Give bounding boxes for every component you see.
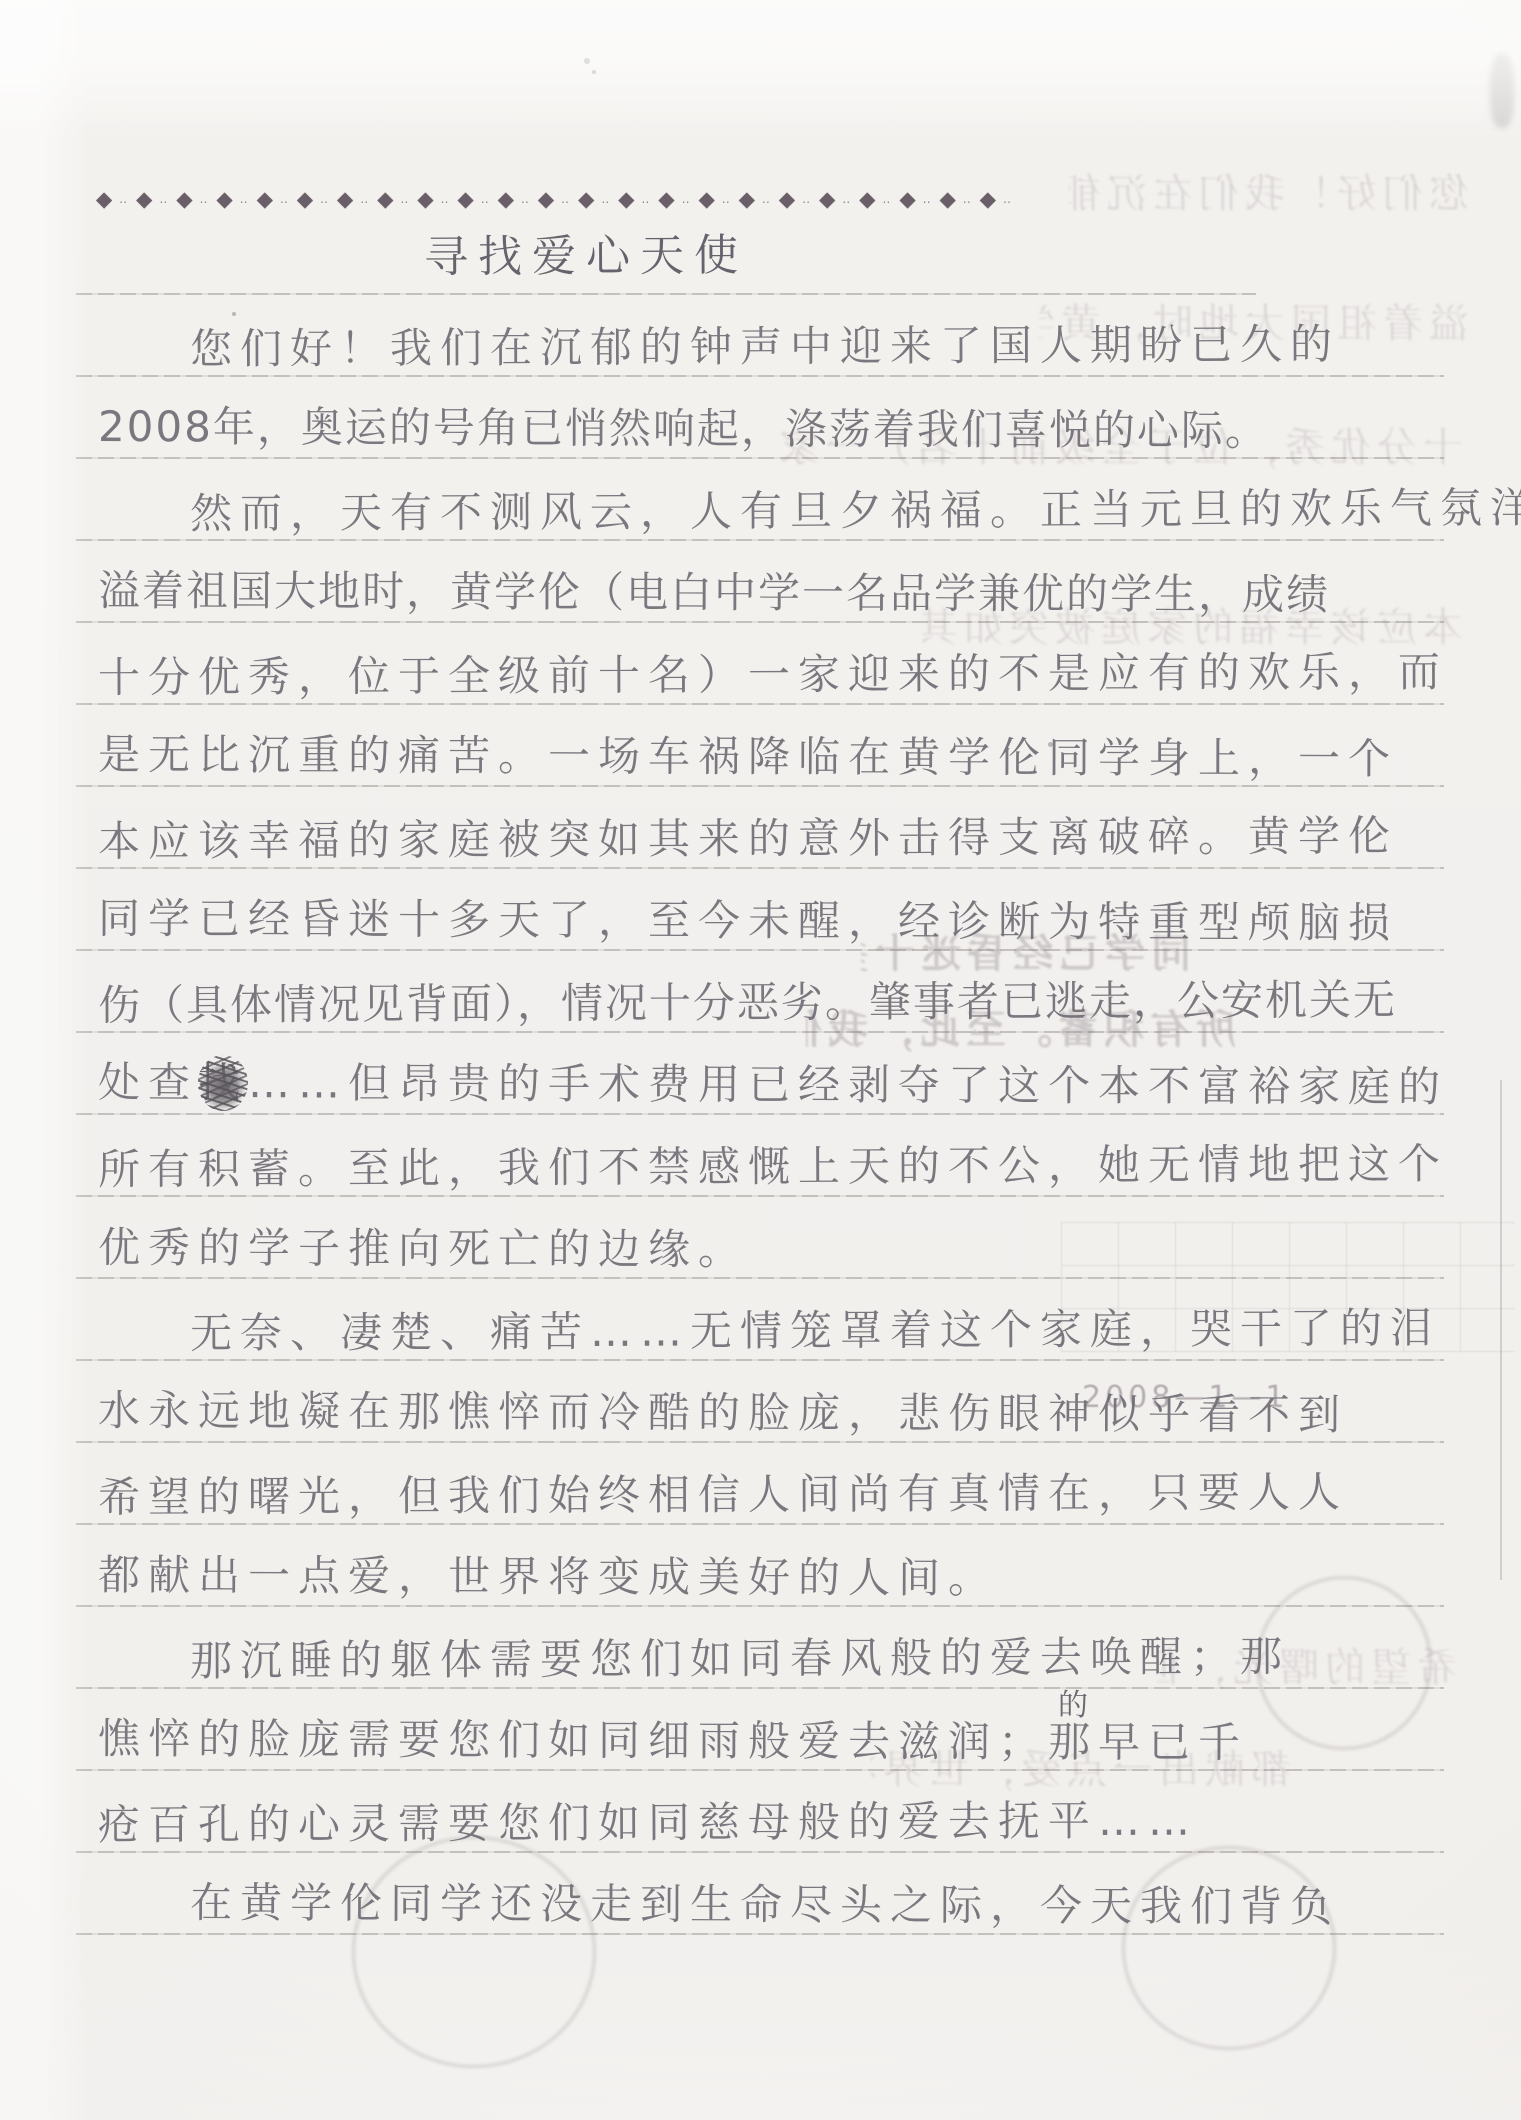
paper-speck bbox=[232, 312, 236, 316]
handwritten-line: 希望的曙光，但我们始终相信人间尚有真情在，只要人人 bbox=[98, 1462, 1348, 1529]
diamond-icon: ◆ bbox=[899, 189, 915, 210]
border-diamond-unit: ◆‥ bbox=[176, 189, 216, 210]
border-diamond-unit: ◆‥ bbox=[899, 189, 939, 210]
dots-icon: ‥ bbox=[601, 193, 611, 205]
dots-icon: ‥ bbox=[521, 193, 531, 205]
dots-icon: ‥ bbox=[320, 193, 330, 205]
border-diamond-unit: ◆‥ bbox=[819, 189, 859, 210]
handwritten-line: 然而，天有不测风云，人有旦夕祸福。正当元旦的欢乐气氛洋 bbox=[190, 478, 1521, 546]
handwritten-line: 水永远地凝在那憔悴而冷酷的脸庞，悲伤眼神似乎看不到 bbox=[98, 1381, 1348, 1447]
dots-icon: ‥ bbox=[159, 193, 169, 205]
diamond-icon: ◆ bbox=[618, 189, 634, 210]
border-diamond-unit: ◆‥ bbox=[739, 189, 779, 210]
diamond-icon: ◆ bbox=[819, 189, 835, 210]
diamond-icon: ◆ bbox=[417, 189, 433, 210]
border-diamond-unit: ◆‥ bbox=[658, 189, 698, 210]
dots-icon: ‥ bbox=[119, 193, 129, 205]
handwritten-line: 在黄学伦同学还没走到生命尽头之际，今天我们背负 bbox=[190, 1873, 1340, 1939]
dots-icon: ‥ bbox=[441, 193, 451, 205]
border-diamond-unit: ◆‥ bbox=[779, 189, 819, 210]
diamond-icon: ◆ bbox=[859, 189, 875, 210]
dots-icon: ‥ bbox=[360, 193, 370, 205]
handwritten-line: 溢着祖国大地时，黄学伦（电白中学一名品学兼优的学生，成绩 bbox=[98, 561, 1330, 627]
dots-icon: ‥ bbox=[923, 193, 933, 205]
dots-icon: ‥ bbox=[240, 193, 250, 205]
border-diamond-unit: ◆‥ bbox=[458, 189, 498, 210]
handwritten-line: 本应该幸福的家庭被突如其来的意外击得支离破碎。黄学伦 bbox=[98, 806, 1398, 874]
dots-icon: ‥ bbox=[481, 193, 491, 205]
handwritten-line: 优秀的学子推向死亡的边缘。 bbox=[98, 1218, 748, 1282]
diamond-icon: ◆ bbox=[739, 189, 755, 210]
diamond-icon: ◆ bbox=[940, 189, 956, 210]
dots-icon: ‥ bbox=[561, 193, 571, 205]
decorative-border: ◆‥◆‥◆‥◆‥◆‥◆‥◆‥◆‥◆‥◆‥◆‥◆‥◆‥◆‥◆‥◆‥◆‥◆‥◆‥◆‥… bbox=[96, 186, 1060, 212]
border-diamond-unit: ◆‥ bbox=[217, 189, 257, 210]
diamond-icon: ◆ bbox=[337, 189, 353, 210]
scan-smudge bbox=[1490, 54, 1514, 128]
dots-icon: ‥ bbox=[641, 193, 651, 205]
diamond-icon: ◆ bbox=[217, 189, 233, 210]
dots-icon: ‥ bbox=[400, 193, 410, 205]
handwritten-line: 同学已经昏迷十多天了，至今未醒，经诊断为特重型颅脑损 bbox=[98, 889, 1398, 956]
diamond-icon: ◆ bbox=[538, 189, 554, 210]
handwritten-line: 2008年，奥运的号角已悄然响起，涤荡着我们喜悦的心际。 bbox=[98, 397, 1269, 463]
dots-icon: ‥ bbox=[963, 193, 973, 205]
border-diamond-unit: ◆‥ bbox=[699, 189, 739, 210]
border-diamond-unit: ◆‥ bbox=[96, 189, 136, 210]
diamond-icon: ◆ bbox=[779, 189, 795, 210]
diamond-icon: ◆ bbox=[699, 189, 715, 210]
dots-icon: ‥ bbox=[1003, 193, 1013, 205]
handwritten-line: 所有积蓄。至此，我们不禁感慨上天的不公，她无情地把这个 bbox=[98, 1134, 1448, 1202]
dots-icon: ‥ bbox=[882, 193, 892, 205]
border-diamond-unit: ◆‥ bbox=[377, 189, 417, 210]
border-diamond-unit: ◆‥ bbox=[417, 189, 457, 210]
handwritten-line: 都献出一点爱，世界将变成美好的人间。 bbox=[98, 1545, 998, 1610]
handwritten-line: 是无比沉重的痛苦。一场车祸降临在黄学伦同学身上，一个 bbox=[98, 725, 1398, 792]
border-diamond-unit: ◆‥ bbox=[859, 189, 899, 210]
diamond-icon: ◆ bbox=[658, 189, 674, 210]
paper-speck bbox=[584, 58, 590, 64]
paper-speck bbox=[592, 70, 596, 74]
diamond-icon: ◆ bbox=[980, 189, 996, 210]
dots-icon: ‥ bbox=[842, 193, 852, 205]
diamond-icon: ◆ bbox=[96, 189, 112, 210]
diamond-icon: ◆ bbox=[257, 189, 273, 210]
border-diamond-unit: ◆‥ bbox=[538, 189, 578, 210]
diamond-icon: ◆ bbox=[458, 189, 474, 210]
border-diamond-unit: ◆‥ bbox=[297, 189, 337, 210]
border-diamond-unit: ◆‥ bbox=[337, 189, 377, 210]
scribble-blot: 找 bbox=[198, 1053, 248, 1113]
handwritten-line: 十分优秀，位于全级前十名）一家迎来的不是应有的欢乐，而 bbox=[98, 642, 1448, 710]
diamond-icon: ◆ bbox=[498, 189, 514, 210]
bleed-through-circle bbox=[352, 1836, 596, 2068]
border-diamond-unit: ◆‥ bbox=[578, 189, 618, 210]
diamond-icon: ◆ bbox=[578, 189, 594, 210]
handwritten-line: 您们好！我们在沉郁的钟声中迎来了国人期盼已久的 bbox=[190, 314, 1340, 381]
dots-icon: ‥ bbox=[682, 193, 692, 205]
rule-line bbox=[76, 293, 1256, 295]
handwritten-line: 疮百孔的心灵需要您们如同慈母般的爱去抚平…… bbox=[98, 1791, 1198, 1858]
diamond-icon: ◆ bbox=[176, 189, 192, 210]
dots-icon: ‥ bbox=[280, 193, 290, 205]
handwritten-line: 伤（具体情况见背面），情况十分恶劣。肇事者已逃走，公安机关无 bbox=[98, 970, 1397, 1038]
diamond-icon: ◆ bbox=[297, 189, 313, 210]
letter-title: 寻找爱心天使 bbox=[424, 219, 748, 285]
border-diamond-unit: ◆‥ bbox=[940, 189, 980, 210]
handwritten-line: 那沉睡的躯体需要您们如同春风般的爱去唤醒；那 bbox=[190, 1627, 1290, 1694]
letter-page: 您们好！我们在沉郁的钟声中迎来了国人期盼已久的 溢着祖国大地时，黄学伦（电白中学… bbox=[0, 0, 1521, 2120]
dots-icon: ‥ bbox=[200, 193, 210, 205]
bleed-through-text: 您们好！我们在沉郁的钟声中迎来了国人期盼已久的 bbox=[1069, 166, 1469, 222]
handwritten-line: 处查找……但昂贵的手术费用已经剥夺了这个本不富裕家庭的 bbox=[98, 1053, 1448, 1120]
border-diamond-unit: ◆‥ bbox=[618, 189, 658, 210]
dots-icon: ‥ bbox=[802, 193, 812, 205]
diamond-icon: ◆ bbox=[136, 189, 152, 210]
border-diamond-unit: ◆‥ bbox=[498, 189, 538, 210]
diamond-icon: ◆ bbox=[377, 189, 393, 210]
dots-icon: ‥ bbox=[762, 193, 772, 205]
border-diamond-unit: ◆‥ bbox=[980, 189, 1020, 210]
border-diamond-unit: ◆‥ bbox=[136, 189, 176, 210]
handwritten-line: 无奈、凄楚、痛苦……无情笼罩着这个家庭，哭干了的泪 bbox=[190, 1298, 1440, 1365]
dots-icon: ‥ bbox=[722, 193, 732, 205]
inserted-char: 的 bbox=[1058, 1680, 1088, 1724]
border-diamond-unit: ◆‥ bbox=[257, 189, 297, 210]
